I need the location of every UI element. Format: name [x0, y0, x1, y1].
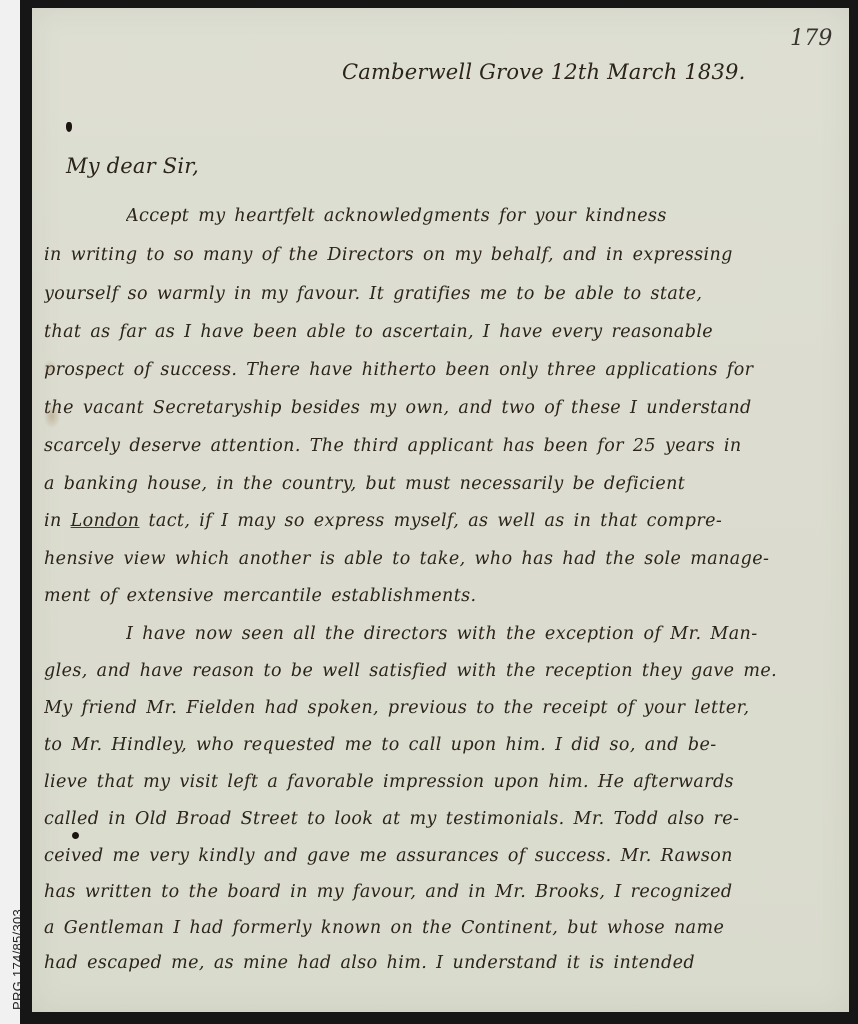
letter-line: the vacant Secretaryship besides my own,… — [44, 398, 834, 418]
letter-line: that as far as I have been able to ascer… — [44, 322, 834, 342]
letter-line: yourself so warmly in my favour. It grat… — [44, 284, 834, 304]
letter-page: 179 Camberwell Grove 12th March 1839. My… — [32, 8, 849, 1012]
letter-line: prospect of success. There have hitherto… — [44, 360, 834, 380]
letter-line: to Mr. Hindley, who requested me to call… — [44, 735, 834, 755]
letter-line: My friend Mr. Fielden had spoken, previo… — [44, 698, 834, 718]
letter-line: in writing to so many of the Directors o… — [44, 245, 834, 265]
letter-line-segment: in — [44, 511, 71, 531]
letter-line: scarcely deserve attention. The third ap… — [44, 436, 834, 456]
letter-line: hensive view which another is able to ta… — [44, 549, 834, 569]
ink-blot-mark — [66, 122, 72, 132]
letter-line-with-underline: in London tact, if I may so express myse… — [44, 511, 834, 531]
ink-blot-mark-lower — [72, 832, 79, 839]
letter-line: I have now seen all the directors with t… — [126, 624, 834, 644]
letter-line: ceived me very kindly and gave me assura… — [44, 846, 834, 866]
letter-dateline: Camberwell Grove 12th March 1839. — [342, 60, 745, 84]
underlined-word: London — [71, 511, 140, 531]
archival-scan-viewer: PRG 174/85/303 179 Camberwell Grove 12th… — [0, 0, 858, 1024]
letter-salutation: My dear Sir, — [66, 154, 199, 178]
letter-line-segment: tact, if I may so express myself, as wel… — [139, 511, 722, 531]
letter-line: had escaped me, as mine had also him. I … — [44, 953, 834, 973]
letter-line: gles, and have reason to be well satisfi… — [44, 661, 834, 681]
letter-line: lieve that my visit left a favorable imp… — [44, 772, 834, 792]
letter-line: called in Old Broad Street to look at my… — [44, 809, 834, 829]
letter-line: Accept my heartfelt acknowledgments for … — [126, 206, 834, 226]
letter-line: a Gentleman I had formerly known on the … — [44, 918, 834, 938]
letter-line: a banking house, in the country, but mus… — [44, 474, 834, 494]
folio-number: 179 — [790, 26, 833, 51]
call-number-strip: PRG 174/85/303 — [0, 0, 20, 1024]
letter-line: ment of extensive mercantile establishme… — [44, 586, 834, 606]
letter-line: has written to the board in my favour, a… — [44, 882, 834, 902]
